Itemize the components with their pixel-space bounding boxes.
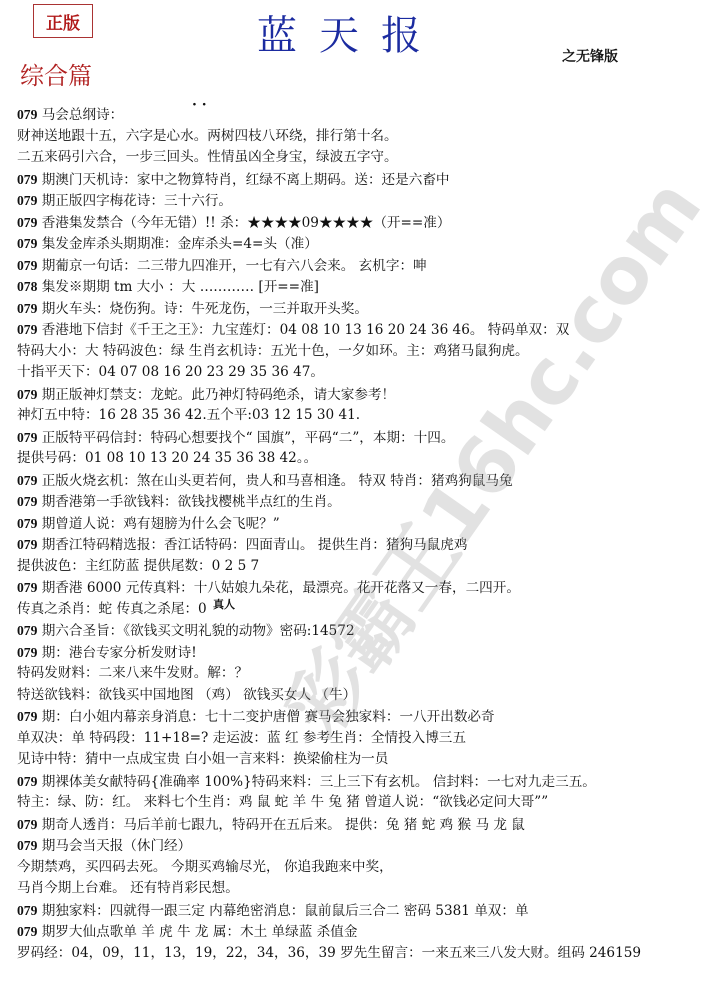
issue-number: 079	[17, 387, 37, 402]
issue-number: 079	[17, 774, 37, 789]
line-text: 罗码经：04，09，11，13，19，22，34，36，39 罗先生留言：一来五…	[17, 945, 641, 961]
issue-number: 079	[17, 817, 37, 832]
issue-number: 079	[17, 215, 37, 230]
line-text: 期：白小姐内幕亲身消息：七十二变护唐僧 赛马会独家料：一八开出数必奇	[37, 709, 494, 725]
text-line: 特送欲钱料：欲钱买中国地图 （鸡） 欲钱买女人 （牛）	[17, 685, 717, 707]
line-text: 期罗大仙点歌单 羊 虎 牛 龙 属：木土 单绿蓝 杀值金	[37, 924, 357, 940]
line-text: 集发※期期 tm 大小 ：大 ………… [开==准]	[37, 279, 319, 295]
issue-number: 079	[17, 709, 37, 724]
line-text: 期香港 6000 元传真料：十八姑娘九朵花，最漂亮。花开花落又一春，二四开。	[37, 580, 520, 596]
text-line: 神灯五中特：16 28 35 36 42.五个平:03 12 15 30 41.	[17, 405, 717, 427]
section-title: 综合篇	[20, 56, 92, 91]
issue-number: 079	[17, 924, 37, 939]
line-text: 期正版神灯禁支：龙蛇。此乃神灯特码绝杀，请大家参考！	[37, 387, 395, 403]
text-line: 提供号码：01 08 10 13 20 24 35 36 38 42。。	[17, 448, 717, 470]
line-text: 财神送地跟十五，六字是心水。两树四枝八环绕，排行第十名。	[17, 128, 398, 144]
edition-label: 之无锋版	[562, 46, 618, 66]
line-text: 见诗中特：猜中一点成宝贵 白小姐一言来料：换梁偷柱为一员	[17, 751, 388, 767]
line-text: 香港地下信封《千王之王》：九宝莲灯：04 08 10 13 16 20 24 3…	[37, 322, 569, 338]
text-line: 079 期曾道人说：鸡有翅膀为什么会飞呢？”	[17, 513, 717, 535]
line-text: 提供波色：主红防蓝 提供尾数：0 2 5 7	[17, 558, 259, 574]
line-text: 特主：绿、防：红。 来料七个生肖：鸡 鼠 蛇 羊 牛 兔 猪 曾道人说：“欲钱必…	[17, 794, 548, 810]
issue-number: 079	[17, 322, 37, 337]
line-text: 特码大小：大 特码波色：绿 生肖玄机诗：五光十色，一夕如环。主：鸡猪马鼠狗虎。	[17, 343, 529, 359]
text-line: 079 期香江特码精选报：香江话特码：四面青山。 提供生肖：猪狗马鼠虎鸡	[17, 534, 717, 556]
issue-number: 079	[17, 645, 37, 660]
line-text: 期香港第一手欲钱料：欲钱找樱桃半点红的生肖。	[37, 494, 340, 510]
line-text: 二五来码引六合，一步三回头。性情虽凶全身宝，绿波五字守。	[17, 149, 398, 165]
text-line: 079 期奇人透肖：马后羊前七跟九，特码开在五后来。 提供：兔 猪 蛇 鸡 猴 …	[17, 814, 717, 836]
issue-number: 078	[17, 279, 37, 294]
line-text: 香港集发禁合（今年无错）!! 杀：★★★★09★★★★（开==准）	[37, 215, 450, 231]
text-line: 079 期：港台专家分析发财诗!	[17, 642, 717, 664]
text-line: 079 期香港第一手欲钱料：欲钱找樱桃半点红的生肖。	[17, 491, 717, 513]
text-line: 079 期六合圣旨：《欲钱买文明礼貌的动物》密码:14572	[17, 620, 717, 642]
stamp-text: 真人	[213, 596, 235, 612]
issue-number: 079	[17, 838, 37, 853]
line-text: 期正版四字梅花诗：三十六行。	[37, 193, 232, 209]
text-line: 特码发财料：二来八来牛发财。解：？	[17, 663, 717, 685]
issue-number: 079	[17, 193, 37, 208]
text-line: 079 集发金库杀头期期准：金库杀头=4=头（准）	[17, 233, 717, 255]
issue-number: 079	[17, 430, 37, 445]
line-text: 神灯五中特：16 28 35 36 42.五个平:03 12 15 30 41.	[17, 407, 360, 423]
line-text: 期香江特码精选报：香江话特码：四面青山。 提供生肖：猪狗马鼠虎鸡	[37, 537, 467, 553]
line-text: 期火车头：烧伤狗。诗：牛死龙伤，一三并取开头奖。	[37, 301, 368, 317]
line-text: 期马会当天报（休门经）	[37, 838, 191, 854]
issue-number: 079	[17, 623, 37, 638]
text-line: 079 香港集发禁合（今年无错）!! 杀：★★★★09★★★★（开==准）	[17, 212, 717, 234]
issue-number: 079	[17, 580, 37, 595]
line-text: 十指平天下：04 07 08 16 20 23 29 35 36 47。	[17, 364, 324, 380]
issue-number: 079	[17, 473, 37, 488]
text-line: 见诗中特：猜中一点成宝贵 白小姐一言来料：换梁偷柱为一员	[17, 749, 717, 771]
page-title: 蓝天报	[250, 4, 450, 61]
text-line: 079 期正版四字梅花诗：三十六行。	[17, 190, 717, 212]
line-text: 期曾道人说：鸡有翅膀为什么会飞呢？”	[37, 516, 279, 532]
line-text: 提供号码：01 08 10 13 20 24 35 36 38 42。。	[17, 450, 317, 466]
issue-number: 079	[17, 516, 37, 531]
line-text: 特码发财料：二来八来牛发财。解：？	[17, 665, 248, 681]
issue-number: 079	[17, 172, 37, 187]
text-line: 079 期澳门天机诗：家中之物算特肖，红绿不离上期码。送：还是六畜中	[17, 169, 717, 191]
text-line: 十指平天下：04 07 08 16 20 23 29 35 36 47。	[17, 362, 717, 384]
genuine-edition-badge: 正版	[33, 4, 93, 38]
line-text: 特送欲钱料：欲钱买中国地图 （鸡） 欲钱买女人 （牛）	[17, 687, 356, 703]
text-line: 财神送地跟十五，六字是心水。两树四枝八环绕，排行第十名。	[17, 126, 717, 148]
line-text: 马会总纲诗：	[37, 107, 123, 123]
text-line: 079 期罗大仙点歌单 羊 虎 牛 龙 属：木土 单绿蓝 杀值金	[17, 921, 717, 943]
text-line: 马肖今期上台难。 还有特肖彩民想。	[17, 878, 717, 900]
line-text: 今期禁鸡，买四码去死。 今期买鸡输尽光， 你追我跑来中奖，	[17, 859, 393, 875]
line-text: 期：港台专家分析发财诗!	[37, 645, 196, 661]
text-line: 079 期马会当天报（休门经）	[17, 835, 717, 857]
issue-number: 079	[17, 537, 37, 552]
text-line: 提供波色：主红防蓝 提供尾数：0 2 5 7	[17, 556, 717, 578]
issue-number: 079	[17, 494, 37, 509]
content-lines: 079 马会总纲诗：财神送地跟十五，六字是心水。两树四枝八环绕，排行第十名。二五…	[17, 104, 717, 964]
issue-number: 079	[17, 301, 37, 316]
text-line: 079 期香港 6000 元传真料：十八姑娘九朵花，最漂亮。花开花落又一春，二四…	[17, 577, 717, 599]
issue-number: 079	[17, 107, 37, 122]
line-text: 马肖今期上台难。 还有特肖彩民想。	[17, 880, 239, 896]
issue-number: 079	[17, 258, 37, 273]
text-line: 特码大小：大 特码波色：绿 生肖玄机诗：五光十色，一夕如环。主：鸡猪马鼠狗虎。	[17, 341, 717, 363]
line-text: 正版火烧玄机：煞在山头更若何，贵人和马喜相逢。 特双 特肖：猪鸡狗鼠马兔	[37, 473, 512, 489]
text-line: 特主：绿、防：红。 来料七个生肖：鸡 鼠 蛇 羊 牛 兔 猪 曾道人说：“欲钱必…	[17, 792, 717, 814]
issue-number: 079	[17, 903, 37, 918]
line-text: 期葡京一句话：二三带九四准开，一七有六八会来。 玄机字：呻	[37, 258, 426, 274]
issue-number: 079	[17, 236, 37, 251]
line-text: 期澳门天机诗：家中之物算特肖，红绿不离上期码。送：还是六畜中	[37, 172, 449, 188]
text-line: 079 期火车头：烧伤狗。诗：牛死龙伤，一三并取开头奖。	[17, 298, 717, 320]
line-text: 期奇人透肖：马后羊前七跟九，特码开在五后来。 提供：兔 猪 蛇 鸡 猴 马 龙 …	[37, 817, 524, 833]
text-line: 二五来码引六合，一步三回头。性情虽凶全身宝，绿波五字守。	[17, 147, 717, 169]
line-text: 传真之杀肖：蛇 传真之杀尾：0	[17, 601, 207, 617]
text-line: 079 正版特平码信封：特码心想要找个“ 国旗”，平码“二”，本期：十四。	[17, 427, 717, 449]
line-text: 正版特平码信封：特码心想要找个“ 国旗”，平码“二”，本期：十四。	[37, 430, 454, 446]
line-text: 期六合圣旨：《欲钱买文明礼貌的动物》密码:14572	[37, 623, 354, 639]
line-text: 期独家料：四就得一跟三定 内幕绝密消息：鼠前鼠后三合二 密码 5381 单双：单	[37, 903, 528, 919]
text-line: 传真之杀肖：蛇 传真之杀尾：0	[17, 599, 717, 621]
text-line: 078 集发※期期 tm 大小 ：大 ………… [开==准]	[17, 276, 717, 298]
text-line: 079 马会总纲诗：	[17, 104, 717, 126]
line-text: 期裸体美女献特码{准确率 100%}特码来料：三上三下有玄机。 信封料：一七对九…	[37, 774, 596, 790]
line-text: 集发金库杀头期期准：金库杀头=4=头（准）	[37, 236, 317, 252]
text-line: 079 期独家料：四就得一跟三定 内幕绝密消息：鼠前鼠后三合二 密码 5381 …	[17, 900, 717, 922]
text-line: 079 香港地下信封《千王之王》：九宝莲灯：04 08 10 13 16 20 …	[17, 319, 717, 341]
text-line: 罗码经：04，09，11，13，19，22，34，36，39 罗先生留言：一来五…	[17, 943, 717, 965]
text-line: 079 期：白小姐内幕亲身消息：七十二变护唐僧 赛马会独家料：一八开出数必奇	[17, 706, 717, 728]
text-line: 079 期葡京一句话：二三带九四准开，一七有六八会来。 玄机字：呻	[17, 255, 717, 277]
text-line: 单双决：单 特码段：11+18=? 走运波：蓝 红 参考生肖：全情投入博三五	[17, 728, 717, 750]
text-line: 079 期正版神灯禁支：龙蛇。此乃神灯特码绝杀，请大家参考！	[17, 384, 717, 406]
text-line: 079 期裸体美女献特码{准确率 100%}特码来料：三上三下有玄机。 信封料：…	[17, 771, 717, 793]
line-text: 单双决：单 特码段：11+18=? 走运波：蓝 红 参考生肖：全情投入博三五	[17, 730, 466, 746]
text-line: 今期禁鸡，买四码去死。 今期买鸡输尽光， 你追我跑来中奖，	[17, 857, 717, 879]
text-line: 079 正版火烧玄机：煞在山头更若何，贵人和马喜相逢。 特双 特肖：猪鸡狗鼠马兔	[17, 470, 717, 492]
